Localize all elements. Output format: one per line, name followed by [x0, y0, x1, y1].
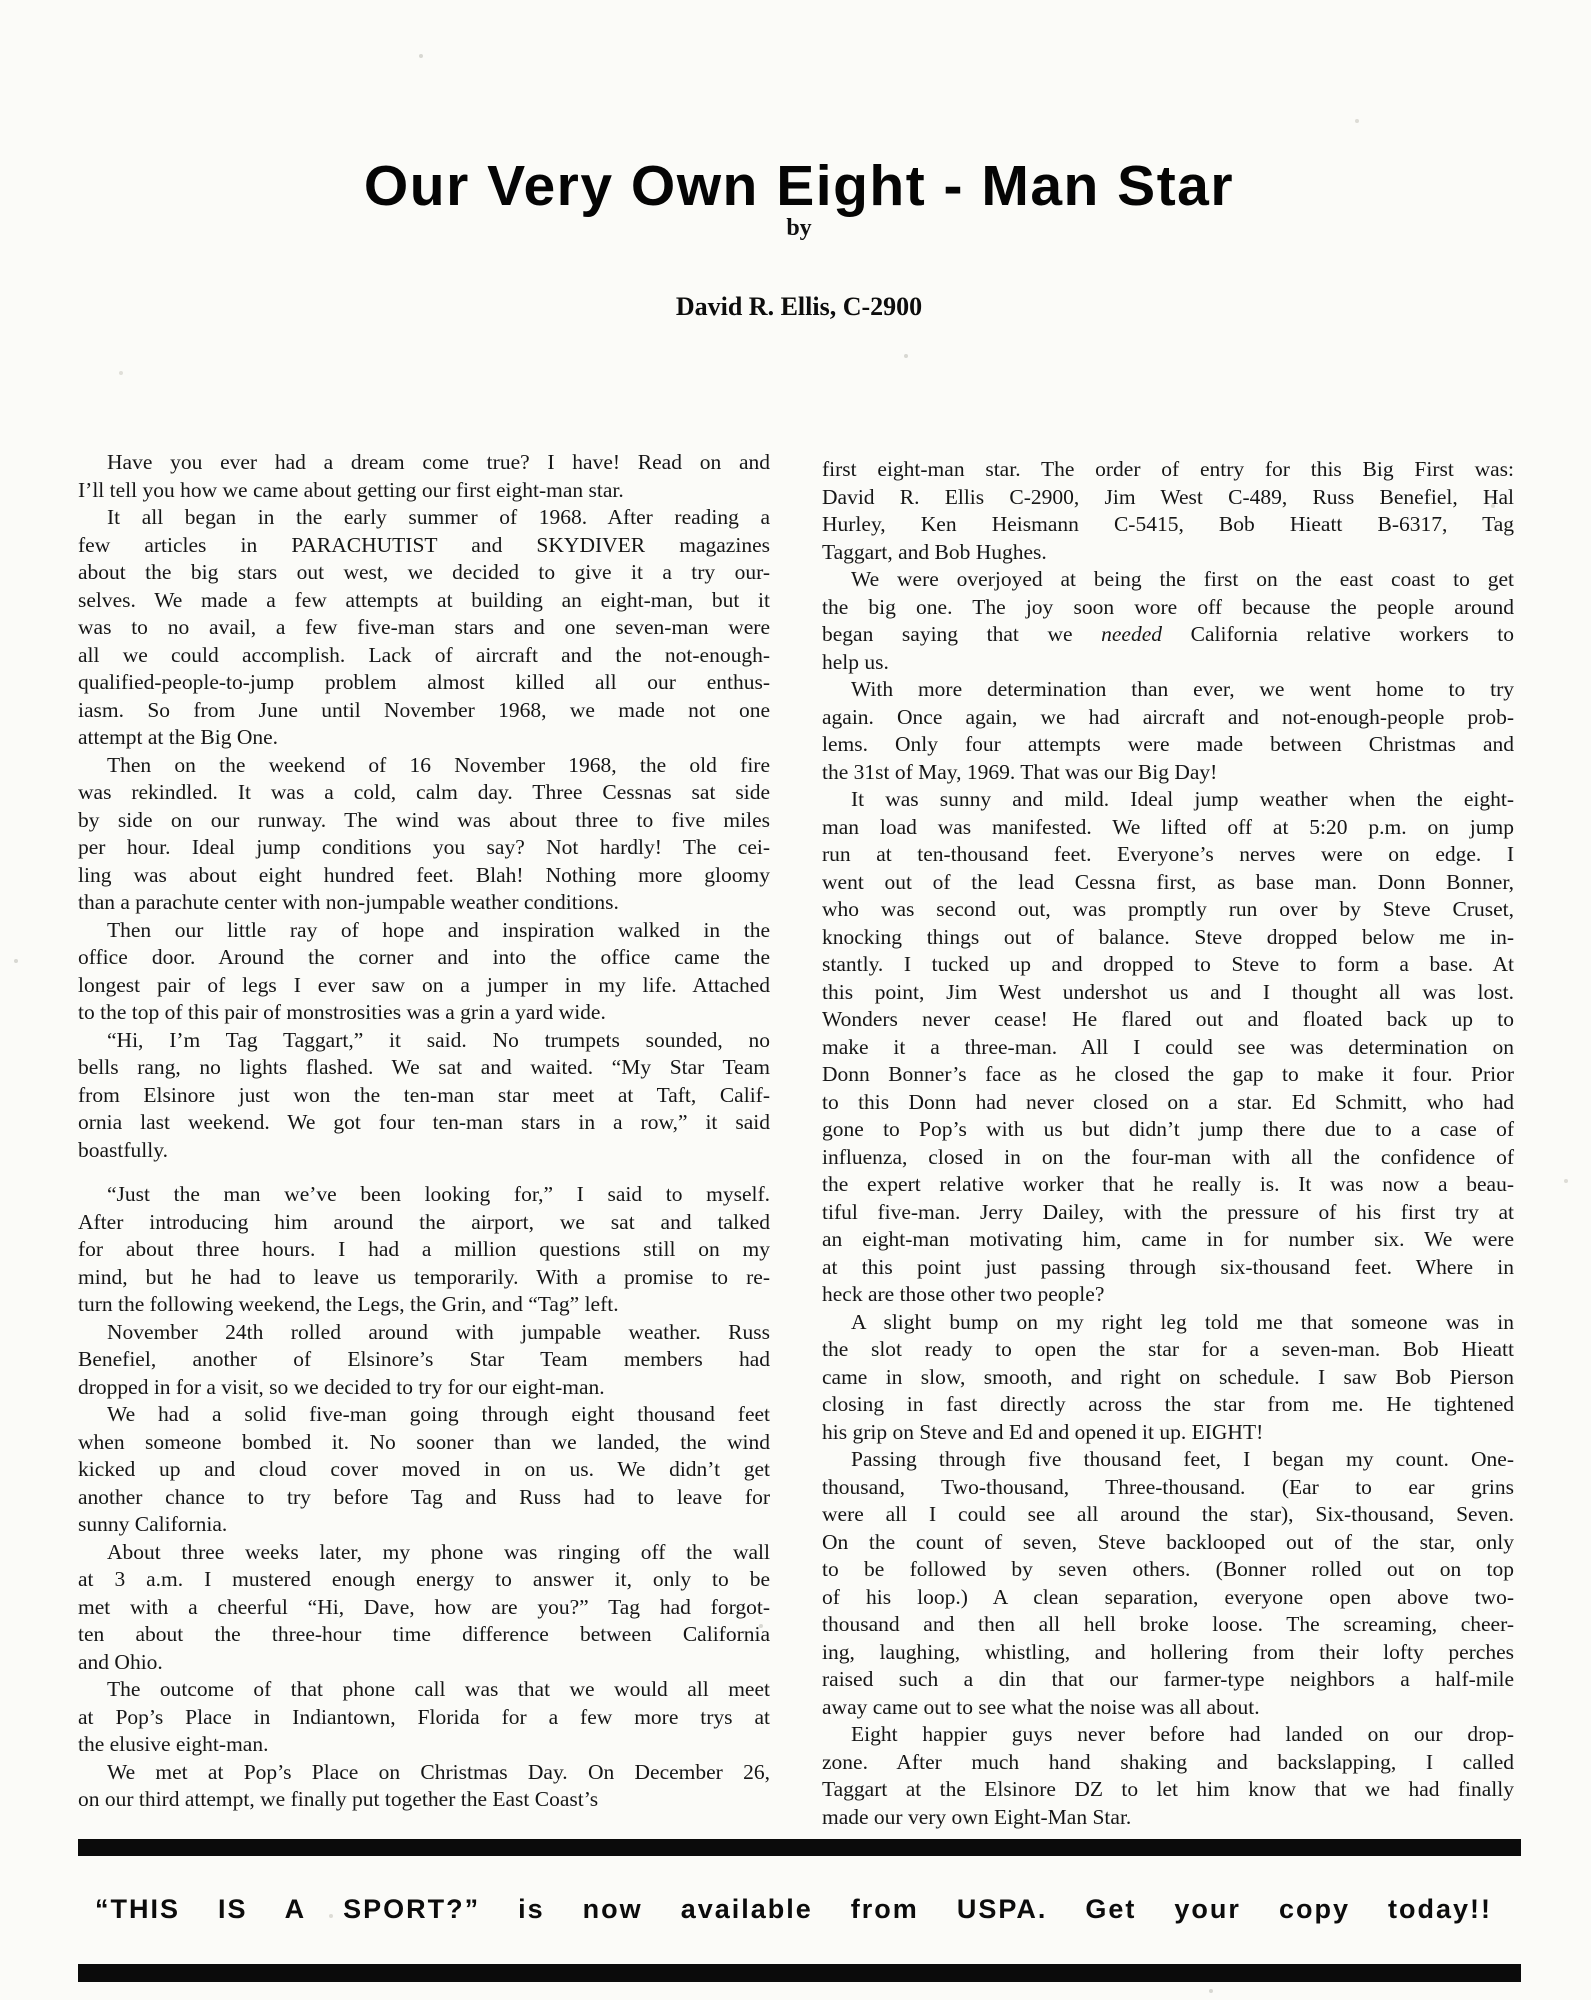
- text-line: closing in fast directly across the star…: [822, 1391, 1514, 1419]
- text-line: qualified-people-to-jump problem almost …: [78, 669, 770, 697]
- text-line: mind, but he had to leave us temporarily…: [78, 1264, 770, 1292]
- text-line: boastfully.: [78, 1137, 770, 1165]
- text-line: for about three hours. I had a million q…: [78, 1236, 770, 1264]
- scan-speckles: [0, 0, 2, 2]
- footer-banner-text: “THIS IS A SPORT?” is now available from…: [95, 1893, 1492, 1925]
- text-line: another chance to try before Tag and Rus…: [78, 1484, 770, 1512]
- text-line: Then on the weekend of 16 November 1968,…: [78, 752, 770, 780]
- text-line: the slot ready to open the star for a se…: [822, 1336, 1514, 1364]
- paragraph: About three weeks later, my phone was ri…: [78, 1539, 770, 1677]
- text-line: Taggart, and Bob Hughes.: [822, 539, 1514, 567]
- paragraph: It all began in the early summer of 1968…: [78, 504, 770, 752]
- text-line: influenza, closed in on the four-man wit…: [822, 1144, 1514, 1172]
- paragraph: Then our little ray of hope and inspirat…: [78, 917, 770, 1027]
- text-line: the 31st of May, 1969. That was our Big …: [822, 759, 1514, 787]
- text-line: sunny California.: [78, 1511, 770, 1539]
- text-line: stantly. I tucked up and dropped to Stev…: [822, 951, 1514, 979]
- text-line: ling was about eight hundred feet. Blah!…: [78, 862, 770, 890]
- text-line: came in slow, smooth, and right on sched…: [822, 1364, 1514, 1392]
- text-line: “Hi, I’m Tag Taggart,” it said. No trump…: [78, 1027, 770, 1055]
- paragraph: “Hi, I’m Tag Taggart,” it said. No trump…: [78, 1027, 770, 1165]
- text-line: by side on our runway. The wind was abou…: [78, 807, 770, 835]
- paragraph: We were overjoyed at being the first on …: [822, 566, 1514, 676]
- text-line: the elusive eight-man.: [78, 1731, 770, 1759]
- text-line: tiful five-man. Jerry Dailey, with the p…: [822, 1199, 1514, 1227]
- text-line: Then our little ray of hope and inspirat…: [78, 917, 770, 945]
- text-line: After introducing him around the airport…: [78, 1209, 770, 1237]
- text-line: run at ten-thousand feet. Everyone’s ner…: [822, 841, 1514, 869]
- text-line: With more determination than ever, we we…: [822, 676, 1514, 704]
- text-line: this point, Jim West undershot us and I …: [822, 979, 1514, 1007]
- text-line: knocking things out of balance. Steve dr…: [822, 924, 1514, 952]
- text-line: lems. Only four attempts were made betwe…: [822, 731, 1514, 759]
- text-line: at this point just passing through six-t…: [822, 1254, 1514, 1282]
- text-line: On the count of seven, Steve backlooped …: [822, 1529, 1514, 1557]
- paragraph: We met at Pop’s Place on Christmas Day. …: [78, 1759, 770, 1814]
- paragraph: November 24th rolled around with jumpabl…: [78, 1319, 770, 1402]
- paragraph: Then on the weekend of 16 November 1968,…: [78, 752, 770, 917]
- text-line: We met at Pop’s Place on Christmas Day. …: [78, 1759, 770, 1787]
- text-line: first eight-man star. The order of entry…: [822, 456, 1514, 484]
- magazine-page: Our Very Own Eight - Man Star by David R…: [0, 0, 1591, 2000]
- text-line: at 3 a.m. I mustered enough energy to an…: [78, 1566, 770, 1594]
- text-line: on our third attempt, we finally put tog…: [78, 1786, 770, 1814]
- text-line: than a parachute center with non-jumpabl…: [78, 889, 770, 917]
- text-line: bells rang, no lights flashed. We sat an…: [78, 1054, 770, 1082]
- text-line: about the big stars out west, we decided…: [78, 559, 770, 587]
- footer-rule-top: [78, 1839, 1521, 1856]
- text-line: gone to Pop’s with us but didn’t jump th…: [822, 1116, 1514, 1144]
- text-line: Benefiel, another of Elsinore’s Star Tea…: [78, 1346, 770, 1374]
- text-line: The outcome of that phone call was that …: [78, 1676, 770, 1704]
- text-line: when someone bombed it. No sooner than w…: [78, 1429, 770, 1457]
- text-line: to be followed by seven others. (Bonner …: [822, 1556, 1514, 1584]
- text-line: attempt at the Big One.: [78, 724, 770, 752]
- text-line: and Ohio.: [78, 1649, 770, 1677]
- text-line: thousand, Two-thousand, Three-thousand. …: [822, 1474, 1514, 1502]
- text-line: thousand and then all hell broke loose. …: [822, 1611, 1514, 1639]
- text-line: ornia last weekend. We got four ten-man …: [78, 1109, 770, 1137]
- paragraph: It was sunny and mild. Ideal jump weathe…: [822, 786, 1514, 1309]
- text-line: David R. Ellis C-2900, Jim West C-489, R…: [822, 484, 1514, 512]
- paragraph: We had a solid five-man going through ei…: [78, 1401, 770, 1539]
- text-line: zone. After much hand shaking and backsl…: [822, 1749, 1514, 1777]
- text-line: from Elsinore just won the ten-man star …: [78, 1082, 770, 1110]
- text-line: iasm. So from June until November 1968, …: [78, 697, 770, 725]
- text-line: were all I could see all around the star…: [822, 1501, 1514, 1529]
- text-line: met with a cheerful “Hi, Dave, how are y…: [78, 1594, 770, 1622]
- text-line: all we could accomplish. Lack of aircraf…: [78, 642, 770, 670]
- byline-intro: by: [78, 214, 1520, 242]
- text-line: the expert relative worker that he reall…: [822, 1171, 1514, 1199]
- text-line: Have you ever had a dream come true? I h…: [78, 449, 770, 477]
- text-line: turn the following weekend, the Legs, th…: [78, 1291, 770, 1319]
- text-line: longest pair of legs I ever saw on a jum…: [78, 972, 770, 1000]
- text-line: Hurley, Ken Heismann C-5415, Bob Hieatt …: [822, 511, 1514, 539]
- text-line: few articles in PARACHUTIST and SKYDIVER…: [78, 532, 770, 560]
- text-line: to the top of this pair of monstrosities…: [78, 999, 770, 1027]
- text-line: Wonders never cease! He flared out and f…: [822, 1006, 1514, 1034]
- paragraph: With more determination than ever, we we…: [822, 676, 1514, 786]
- text-line: away came out to see what the noise was …: [822, 1694, 1514, 1722]
- article-title: Our Very Own Eight - Man Star: [78, 156, 1520, 216]
- text-line: It was sunny and mild. Ideal jump weathe…: [822, 786, 1514, 814]
- text-line: make it a three-man. All I could see was…: [822, 1034, 1514, 1062]
- text-line: Eight happier guys never before had land…: [822, 1721, 1514, 1749]
- article-column-right: first eight-man star. The order of entry…: [822, 456, 1514, 1831]
- text-line: again. Once again, we had aircraft and n…: [822, 704, 1514, 732]
- text-line: I’ll tell you how we came about getting …: [78, 477, 770, 505]
- text-line: dropped in for a visit, so we decided to…: [78, 1374, 770, 1402]
- article-column-left: Have you ever had a dream come true? I h…: [78, 449, 770, 1814]
- footer-rule-bottom: [78, 1964, 1521, 1982]
- text-line: We were overjoyed at being the first on …: [822, 566, 1514, 594]
- text-line: We had a solid five-man going through ei…: [78, 1401, 770, 1429]
- text-line: man load was manifested. We lifted off a…: [822, 814, 1514, 842]
- text-line: office door. Around the corner and into …: [78, 944, 770, 972]
- paragraph: A slight bump on my right leg told me th…: [822, 1309, 1514, 1447]
- paragraph: Eight happier guys never before had land…: [822, 1721, 1514, 1831]
- text-line: help us.: [822, 649, 1514, 677]
- text-line: the big one. The joy soon wore off becau…: [822, 594, 1514, 622]
- byline-author: David R. Ellis, C-2900: [78, 292, 1520, 322]
- text-line: “Just the man we’ve been looking for,” I…: [78, 1181, 770, 1209]
- paragraph: The outcome of that phone call was that …: [78, 1676, 770, 1759]
- text-line: at Pop’s Place in Indiantown, Florida fo…: [78, 1704, 770, 1732]
- text-line: ten about the three-hour time difference…: [78, 1621, 770, 1649]
- paragraph: first eight-man star. The order of entry…: [822, 456, 1514, 566]
- text-line: About three weeks later, my phone was ri…: [78, 1539, 770, 1567]
- text-line: an eight-man motivating him, came in for…: [822, 1226, 1514, 1254]
- paragraph: “Just the man we’ve been looking for,” I…: [78, 1181, 770, 1319]
- text-line: kicked up and cloud cover moved in on us…: [78, 1456, 770, 1484]
- text-line: of his loop.) A clean separation, everyo…: [822, 1584, 1514, 1612]
- text-line: ing, laughing, whistling, and hollering …: [822, 1639, 1514, 1667]
- text-line: per hour. Ideal jump conditions you say?…: [78, 834, 770, 862]
- text-line: Taggart at the Elsinore DZ to let him kn…: [822, 1776, 1514, 1804]
- text-line: heck are those other two people?: [822, 1281, 1514, 1309]
- text-line: selves. We made a few attempts at buildi…: [78, 587, 770, 615]
- text-line: went out of the lead Cessna first, as ba…: [822, 869, 1514, 897]
- text-line: was rekindled. It was a cold, calm day. …: [78, 779, 770, 807]
- text-line: raised such a din that our farmer-type n…: [822, 1666, 1514, 1694]
- text-line: his grip on Steve and Ed and opened it u…: [822, 1419, 1514, 1447]
- text-line: It all began in the early summer of 1968…: [78, 504, 770, 532]
- text-line: Passing through five thousand feet, I be…: [822, 1446, 1514, 1474]
- text-line: who was second out, was promptly run ove…: [822, 896, 1514, 924]
- emphasized-word: needed: [1101, 622, 1162, 646]
- text-line: November 24th rolled around with jumpabl…: [78, 1319, 770, 1347]
- text-line: was to no avail, a few five-man stars an…: [78, 614, 770, 642]
- paragraph: Passing through five thousand feet, I be…: [822, 1446, 1514, 1721]
- text-line: A slight bump on my right leg told me th…: [822, 1309, 1514, 1337]
- text-line: made our very own Eight-Man Star.: [822, 1804, 1514, 1832]
- paragraph: Have you ever had a dream come true? I h…: [78, 449, 770, 504]
- text-line: to this Donn had never closed on a star.…: [822, 1089, 1514, 1117]
- text-line: Donn Bonner’s face as he closed the gap …: [822, 1061, 1514, 1089]
- text-line: began saying that we needed California r…: [822, 621, 1514, 649]
